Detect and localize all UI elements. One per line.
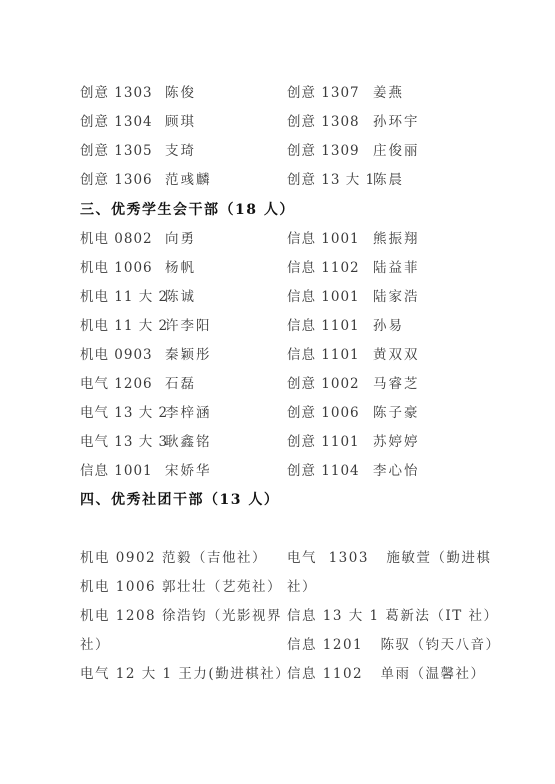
class-label: 创意 1303	[80, 84, 153, 102]
class-label: 创意 1305	[80, 142, 153, 160]
section-heading: 三、优秀学生会干部（18 人）	[80, 201, 295, 219]
club-cadre-line: 信息 13 大 1 葛新法（IT 社）	[287, 607, 499, 625]
student-name: 黄双双	[373, 346, 420, 364]
class-label: 机电 11 大 2	[80, 288, 168, 306]
class-label: 创意 1307	[287, 84, 360, 102]
class-label: 创意 1304	[80, 113, 153, 131]
student-name: 陈子豪	[373, 404, 420, 422]
class-label: 机电 1006	[80, 259, 153, 277]
class-label: 信息 1101	[287, 317, 360, 335]
class-label: 机电 0903	[80, 346, 153, 364]
club-cadre-line: 社）	[80, 636, 110, 654]
student-name: 支琦	[165, 142, 196, 160]
class-label: 信息 1001	[287, 288, 360, 306]
student-name: 李梓涵	[165, 404, 212, 422]
student-name: 姜燕	[373, 84, 404, 102]
student-name: 秦颖彤	[165, 346, 212, 364]
student-name: 耿鑫铭	[165, 433, 212, 451]
club-cadre-line: 电气 12 大 1 王力(勤进棋社）	[80, 665, 290, 683]
club-cadre-line: 信息 1201 陈驭（钧天八音）	[287, 636, 501, 654]
club-cadre-line: 机电 1006 郭壮壮（艺苑社）	[80, 578, 282, 596]
class-label: 电气 1206	[80, 375, 153, 393]
class-label: 创意 1309	[287, 142, 360, 160]
student-name: 陆家浩	[373, 288, 420, 306]
student-name: 杨帆	[165, 259, 196, 277]
student-name: 庄俊丽	[373, 142, 420, 160]
club-cadre-line: 信息 1102 单雨（温馨社）	[287, 665, 486, 683]
student-name: 孙环宇	[373, 113, 420, 131]
class-label: 创意 1101	[287, 433, 360, 451]
student-name: 陈诚	[165, 288, 196, 306]
class-label: 信息 1101	[287, 346, 360, 364]
student-name: 陆益菲	[373, 259, 420, 277]
student-name: 陈俊	[165, 84, 196, 102]
class-label: 创意 1006	[287, 404, 360, 422]
class-label: 创意 1306	[80, 171, 153, 189]
student-name: 许李阳	[165, 317, 212, 335]
student-name: 熊振翔	[373, 230, 420, 248]
class-label: 创意 1104	[287, 462, 360, 480]
student-name: 陈晨	[373, 171, 404, 189]
club-cadre-line: 电气 1303 施敏萱（勤进棋	[287, 549, 491, 567]
document-page: 创意 1303 陈俊 创意 1304 顾琪 创意 1305 支琦 创意 1306…	[0, 0, 555, 784]
student-name: 石磊	[165, 375, 196, 393]
student-name: 范彧麟	[165, 171, 212, 189]
class-label: 创意 13 大 1	[287, 171, 375, 189]
club-cadre-line: 机电 1208 徐浩钧（光影视界	[80, 607, 282, 625]
class-label: 电气 13 大 3	[80, 433, 168, 451]
class-label: 信息 1102	[287, 259, 360, 277]
student-name: 顾琪	[165, 113, 196, 131]
class-label: 创意 1002	[287, 375, 360, 393]
student-name: 孙易	[373, 317, 404, 335]
student-name: 苏婷婷	[373, 433, 420, 451]
section-heading: 四、优秀社团干部（13 人）	[80, 491, 279, 509]
student-name: 李心怡	[373, 462, 420, 480]
club-cadre-line: 机电 0902 范毅（吉他社）	[80, 549, 267, 567]
student-name: 马睿芝	[373, 375, 420, 393]
club-cadre-line: 社）	[287, 578, 317, 596]
class-label: 机电 11 大 2	[80, 317, 168, 335]
class-label: 信息 1001	[80, 462, 153, 480]
class-label: 创意 1308	[287, 113, 360, 131]
student-name: 向勇	[165, 230, 196, 248]
class-label: 信息 1001	[287, 230, 360, 248]
student-name: 宋娇华	[165, 462, 212, 480]
class-label: 电气 13 大 2	[80, 404, 168, 422]
class-label: 机电 0802	[80, 230, 153, 248]
